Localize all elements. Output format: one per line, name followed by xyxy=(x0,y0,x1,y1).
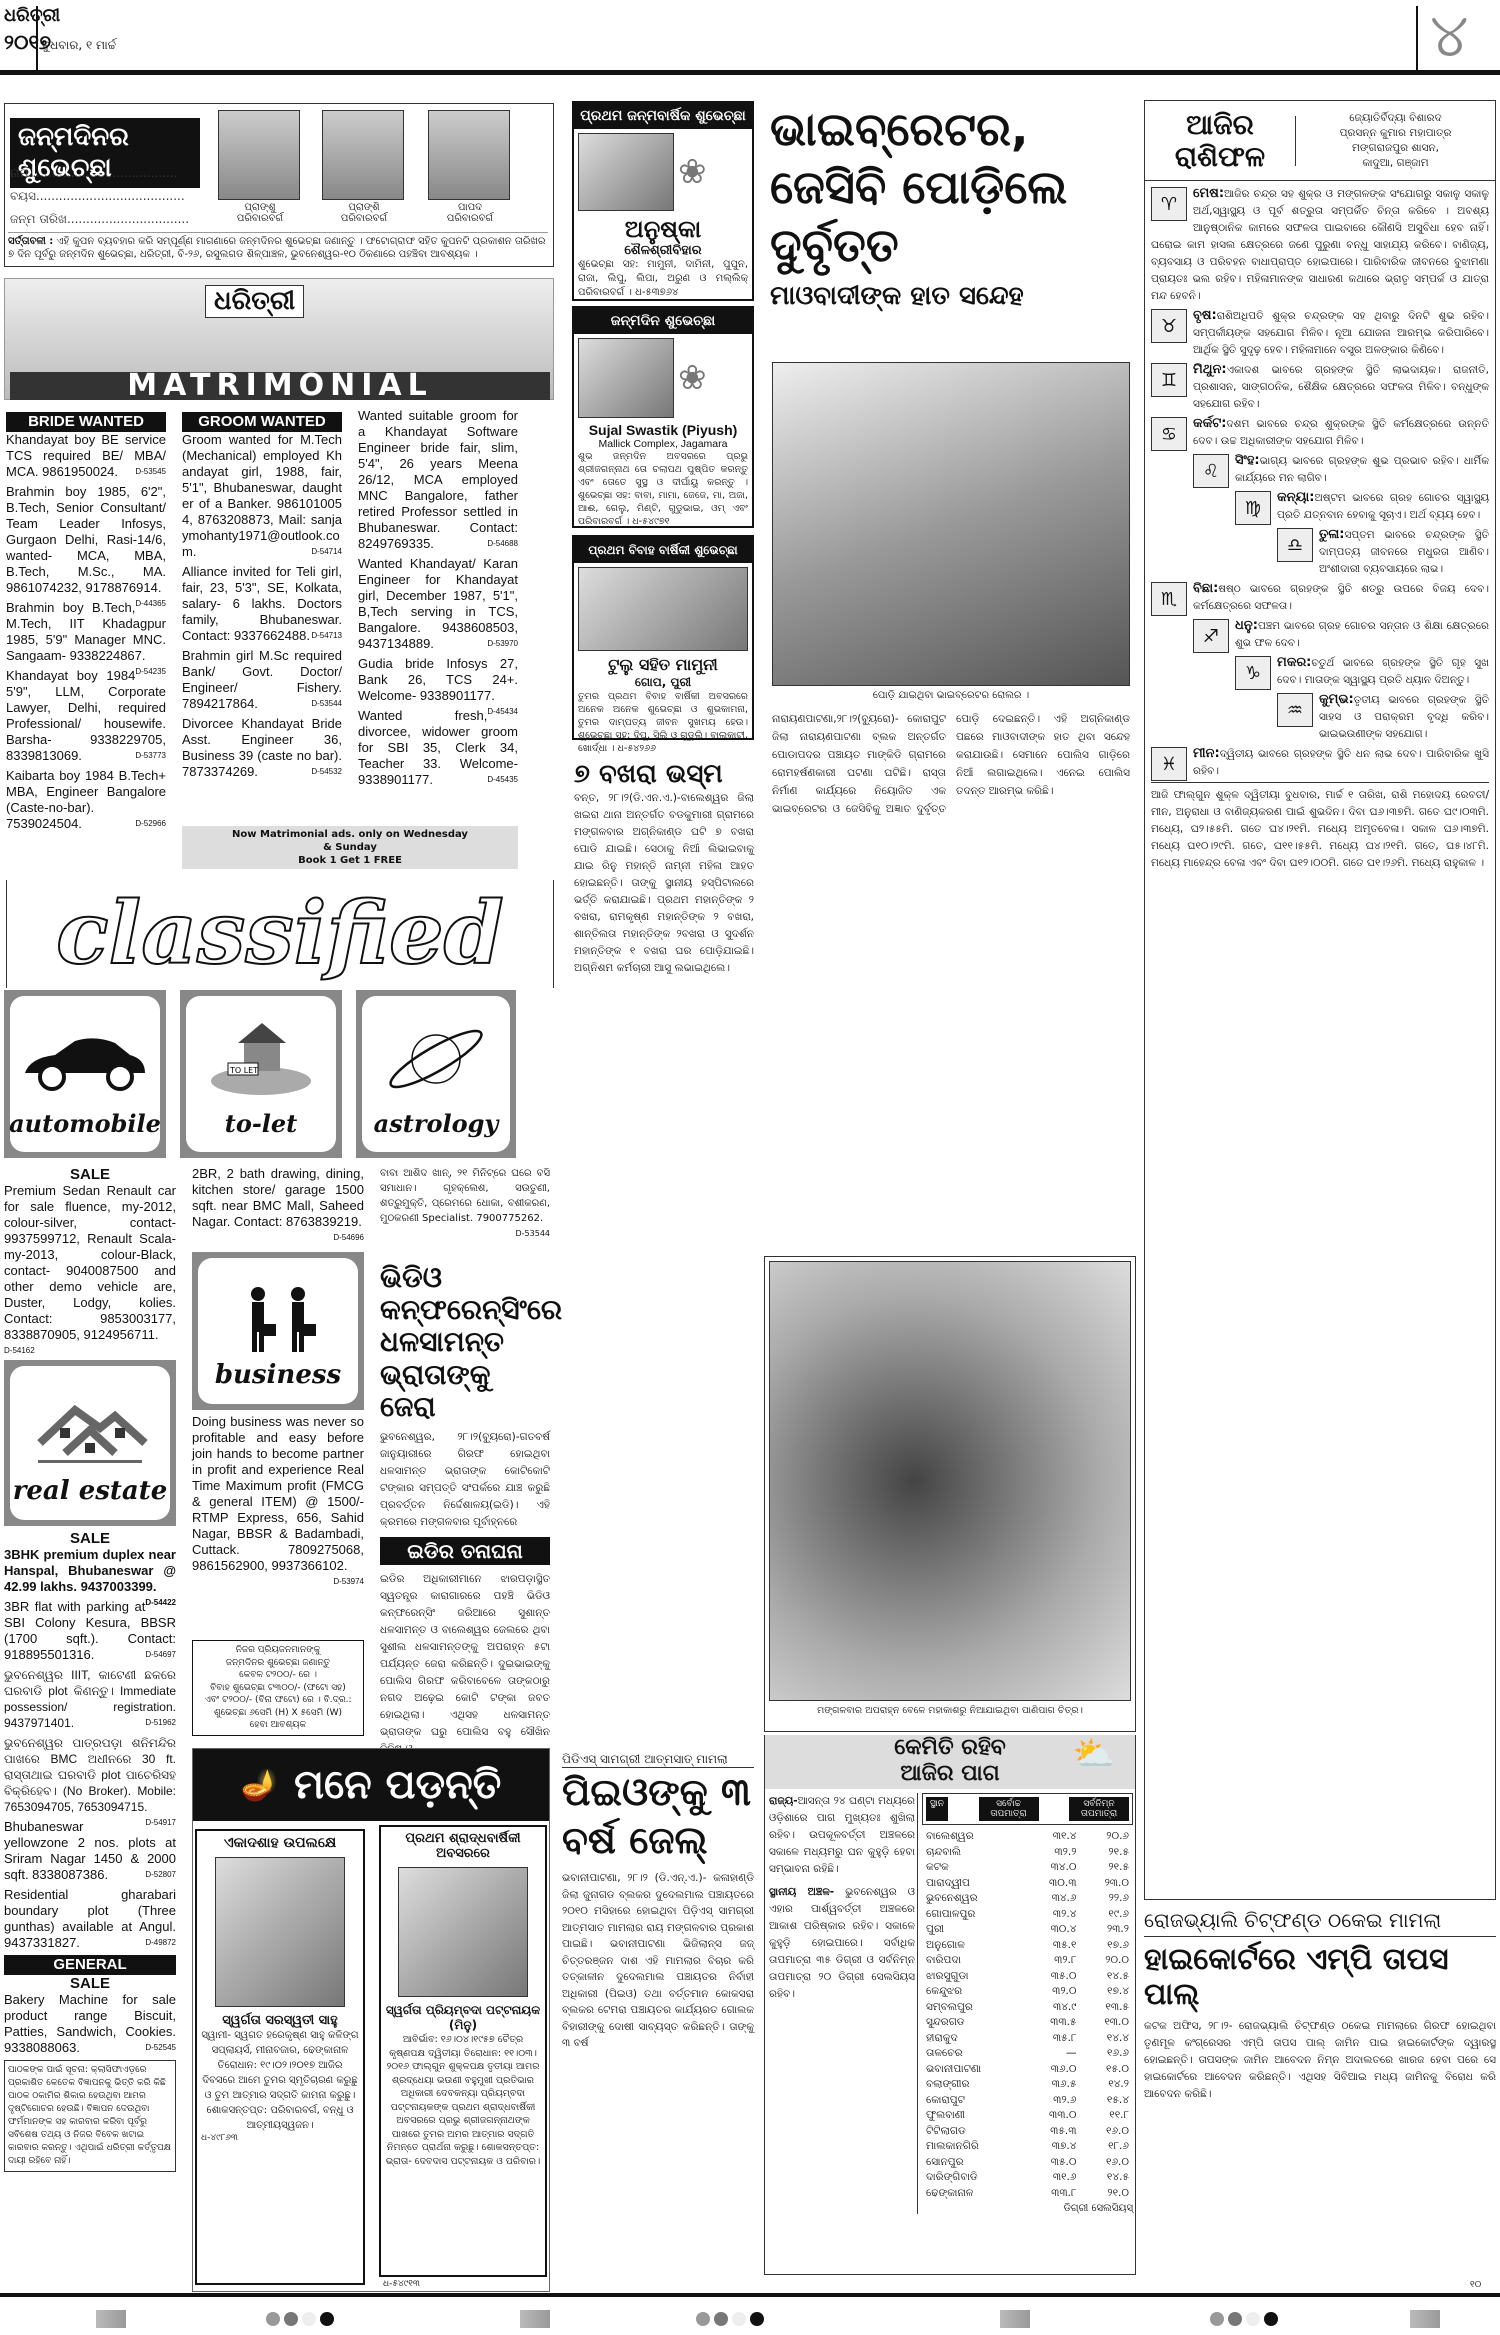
max-temp: ୩୩.୮ xyxy=(1024,2186,1081,2202)
rashi-text: ଦ୍ୱିତୀୟ ଭାବରେ ଗ୍ରହଙ୍କ ସ୍ଥିତି ଧନ ଲାଭ ଦେବ।… xyxy=(1193,748,1489,777)
weather-row: କେନ୍ଦୁଝର୩୨.୦୧୭.୪ xyxy=(922,1984,1133,2000)
local-text: ଭୁବନେଶ୍ୱର ଓ ଏହାର ପାର୍ଶ୍ୱବର୍ତ୍ତୀ ଅଞ୍ଚଳରେ … xyxy=(769,1886,915,2000)
kid-name: ପ୍ରାଙ୍ଶି xyxy=(314,202,414,213)
zodiac-icon: ♉ xyxy=(1151,309,1187,343)
video-story: ଭିଡିଓ କନ୍‌ଫରେନ୍ସିଂରେ ଧଳସାମନ୍ତ ଭ୍ରାତାଙ୍କୁ… xyxy=(380,1262,550,1758)
story-kicker: ପିଡିଏସ୍ ସାମଗ୍ରୀ ଆତ୍ମସାତ୍ ମାମଲା xyxy=(562,1752,754,1768)
ad-code: D-52807 xyxy=(145,1867,176,1883)
ad-code: D-54697 xyxy=(145,1647,176,1663)
lamp-icon: 🪔 xyxy=(241,1768,278,1803)
ad-code: D-54688 xyxy=(487,536,518,552)
flower-icon: ❀ xyxy=(678,133,707,211)
rashi-entry: ♈ମେଷ:ଆଜିର ଚନ୍ଦ୍ର ସହ ଶୁକ୍ର ଓ ମଙ୍ଗଳଙ୍କ ସଂଯ… xyxy=(1151,185,1489,305)
zodiac-icon: ♑ xyxy=(1235,656,1271,690)
wish-photo xyxy=(578,133,674,211)
page-number: ୪ xyxy=(1430,4,1468,68)
rashi-entry: ♋କର୍କଟ:ଦଶମ ଭାବରେ ଚନ୍ଦ୍ର ଶୁକ୍ରଙ୍କ ସ୍ଥିତି … xyxy=(1151,415,1489,450)
weather-table-box: ସ୍ଥାନ ସର୍ବୋଚ୍ଚ ତାପମାତ୍ରା ସର୍ବନିମ୍ନ ତାପମା… xyxy=(917,1793,1133,2214)
print-registration-dots xyxy=(696,2312,764,2326)
category-automobile[interactable]: automobile xyxy=(4,990,166,1158)
print-mark xyxy=(520,2310,550,2328)
divider xyxy=(36,6,38,70)
rashi-name: କନ୍ୟା: xyxy=(1277,490,1314,505)
print-mark xyxy=(1000,2310,1030,2328)
min-temp: ୧୪.୫ xyxy=(1080,1969,1133,1985)
max-temp: ୩୭.୪ xyxy=(1024,2139,1081,2155)
ad-text: Doing business was never so profitable a… xyxy=(192,1414,364,1573)
category-label: real estate xyxy=(13,1476,168,1506)
min-temp: ୨୦.୦ xyxy=(1080,1953,1133,1969)
kid-family: ପରିବାରବର୍ଗ xyxy=(420,213,520,224)
max-temp: ୩୦.୩ xyxy=(1024,1876,1081,1892)
ad: Khandayat boy 1984 5'9", LLM, Corporate … xyxy=(6,668,166,764)
wish-title: ଜନ୍ମଦିନ ଶୁଭେଚ୍ଛା xyxy=(574,308,752,334)
age-field: ବୟସ.....................................… xyxy=(10,189,200,204)
category-label: to-let xyxy=(225,1109,298,1138)
svg-text:TO LET: TO LET xyxy=(229,1066,258,1075)
city-name: ଗୋପାଳପୁର xyxy=(922,1907,1024,1923)
rashi-name: ମୀନ: xyxy=(1193,746,1220,761)
story-body: ଭୁବନେଶ୍ୱର, ୨୮।୨(ବ୍ୟୁରୋ)-ଗତବର୍ଷ ଜାନୁୟାରୀର… xyxy=(380,1429,550,1531)
min-temp: ୧୩.୦ xyxy=(1080,2015,1133,2031)
wish-name: ଅନୁଷ୍କା xyxy=(574,215,752,243)
min-temp: ୧୯.୬ xyxy=(1080,1907,1133,1923)
ad: ଭୁବନେଶ୍ୱର ପାତ୍ରପଡ଼ା ଶନିମନ୍ଦିର ପାଖରେ BMC … xyxy=(4,1735,176,1815)
ad-code: D-53974 xyxy=(333,1574,364,1590)
story-kicker: ରୋଜଭ୍ୟାଲି ଚିଟ୍‌ଫଣ୍ଡ ଠକେଇ ମାମଲା xyxy=(1144,1908,1496,1937)
zodiac-icon: ♎ xyxy=(1277,528,1313,562)
to-let-ad: 2BR, 2 bath drawing, dining, kitchen sto… xyxy=(192,1166,364,1246)
weather-row: ହୀରାକୁଦ୩୫.୮୧୪.୪ xyxy=(922,2031,1133,2047)
kid-family: ପରିବାରବର୍ଗ xyxy=(314,213,414,224)
city-name: ସୁନ୍ଦରଗଡ xyxy=(922,2015,1024,2031)
rashi-name: ମେଷ: xyxy=(1193,186,1224,201)
rashi-entry: ♑ମକର:ଚତୁର୍ଥ ଭାବରେ ଗ୍ରହଙ୍କ ସ୍ଥିତି ଗୃହ ସୁଖ… xyxy=(1151,654,1489,689)
min-temp: ୨୧.୫ xyxy=(1080,1860,1133,1876)
state-forecast: ରାଜ୍ୟ-ଆସନ୍ତା ୨୪ ଘଣ୍ଟା ମଧ୍ୟରେ ଓଡ଼ିଶାରେ ପା… xyxy=(769,1793,915,1878)
obituary-text: ସ୍ୱାମୀ- ସ୍ୱଗତ ହରେକୃଷ୍ଣ ସାହୁ କଳିଙ୍ଗ ସପ୍ଲା… xyxy=(201,2028,359,2133)
weather-row: ତାଳଚେର—୧୬.୬ xyxy=(922,2046,1133,2062)
rashi-text: ଦଶମ ଭାବରେ ଚନ୍ଦ୍ର ଶୁକ୍ରଙ୍କ ସ୍ଥିତି କର୍ମକ୍ଷ… xyxy=(1193,418,1489,447)
ad: 3BHK premium duplex near Hanspal, Bhuban… xyxy=(4,1547,176,1595)
wish-place: ଗୋପ, ପୁରୀ xyxy=(574,675,752,690)
astrology-ad: ବାବା ଆଶିଦ ଖାନ୍, ୨୧ ମିନିଟ୍‌ରେ ଘରେ ବସି ସମା… xyxy=(380,1166,550,1241)
rashi-name: ଧନୁ: xyxy=(1235,618,1258,633)
matrimonial-column-3: Wanted suitable groom for a Khandayat So… xyxy=(358,408,518,792)
zodiac-icon: ♏ xyxy=(1151,582,1187,616)
matrimonial-notice: Now Matrimonial ads. only on Wednesday &… xyxy=(182,826,518,869)
max-temp: ୩୫.୦ xyxy=(1024,1969,1081,1985)
ad: Wanted suitable groom for a Khandayat So… xyxy=(358,408,518,552)
rules-label: ସର୍ତ୍ତାବଳୀ : xyxy=(8,236,53,247)
min-temp: ୧୪.୫ xyxy=(1080,2170,1133,2186)
print-registration-dots xyxy=(266,2312,334,2326)
min-temp: ୧୬.୬ xyxy=(1080,2046,1133,2062)
rashi-list: ♈ମେଷ:ଆଜିର ଚନ୍ଦ୍ର ସହ ଶୁକ୍ର ଓ ମଙ୍ଗଳଙ୍କ ସଂଯ… xyxy=(1145,181,1495,878)
max-temp: ୩୨.୦ xyxy=(1024,1984,1081,2000)
rashi-text: ଷଷ୍ଠ ଭାବରେ ଗ୍ରହଙ୍କ ସ୍ଥିତି ଶତ୍ରୁ ଉପରେ ବିଜ… xyxy=(1193,583,1489,612)
logo-text: ଧରିତ୍ରୀ xyxy=(4,6,34,26)
rates-line: ଏବଂ ଟ୨୦୦/- (ବିନା ଫଟୋ) ରେ । ବି.ଦ୍ର.: xyxy=(196,1694,360,1707)
rashifal-header: ଆଜିର ରାଶିଫଳ ଜ୍ୟୋତିର୍ବିଦ୍ୟା ବିଶାରଦ ପ୍ରସନ୍… xyxy=(1145,101,1495,181)
rashi-name: କର୍କଟ: xyxy=(1193,416,1226,431)
ad: Doing business was never so profitable a… xyxy=(192,1414,364,1574)
obituary-name: ସ୍ୱର୍ଗତା ପ୍ରିୟମ୍ବଦା ପଟ୍ଟନାୟକ (ମିନୁ) xyxy=(385,2003,541,2033)
weather-title: କେମିତି ରହିବ ଆଜିର ପାଗ ⛅ xyxy=(765,1735,1135,1789)
pds-story: ପିଡିଏସ୍ ସାମଗ୍ରୀ ଆତ୍ମସାତ୍ ମାମଲା ପିଇଓଙ୍କୁ … xyxy=(562,1752,754,2052)
kid-name: ପାପଦ xyxy=(420,202,520,213)
category-to-let[interactable]: TO LET to-let xyxy=(180,990,342,1158)
obituary-title: ଏକାଦଶାହ ଉପଲକ୍ଷେ xyxy=(201,1835,359,1851)
ad-code: D-53970 xyxy=(487,636,518,652)
rates-line: ହେବା ଆବଶ୍ୟକ xyxy=(196,1719,360,1732)
city-name: ଚାନ୍ଦବାଲି xyxy=(922,1845,1024,1861)
wish-place: ଶୈଳଶ୍ରୀବିହାର xyxy=(574,243,752,258)
ad: Alliance invited for Teli girl, fair, 23… xyxy=(182,564,342,644)
zodiac-icon: ♓ xyxy=(1151,747,1187,781)
rashi-text: ପଞ୍ଚମ ଭାବରେ ଗ୍ରହ ଗୋଚର ସନ୍ତାନ ଓ ଶିକ୍ଷା କ୍… xyxy=(1235,620,1489,649)
weather-row: ସୁନ୍ଦରଗଡ୩୩.୫୧୩.୦ xyxy=(922,2015,1133,2031)
zodiac-icon: ♒ xyxy=(1277,693,1313,727)
city-name: ପାରାଦ୍ୱୀପ xyxy=(922,1876,1024,1892)
wish-photo xyxy=(578,338,674,418)
story-body: କଟକ ଅଫିସ, ୨୮।୨- ରୋଜଭ୍ୟାଲି ଚିଟ୍‌ଫଣ୍ଡ ଠକେଇ… xyxy=(1144,2018,1496,2103)
ad-text: Groom wanted for M.Tech (Mechanical) emp… xyxy=(182,432,342,559)
kid-family: ପରିବାରବର୍ଗ xyxy=(210,213,310,224)
min-temp: ୧୬.୦ xyxy=(1080,2124,1133,2140)
city-name: ସମ୍ବଲପୁର xyxy=(922,2000,1024,2016)
rates-line: କେବଳ ଟ୨୦୦/- ରେ । xyxy=(196,1669,360,1682)
category-card: real estate xyxy=(10,1366,170,1520)
ad-text: ଭୁବନେଶ୍ୱର ପାତ୍ରପଡ଼ା ଶନିମନ୍ଦିର ପାଖରେ BMC … xyxy=(4,1736,176,1814)
masthead-logo: ଧରିତ୍ରୀ ୨୦୧୭ xyxy=(4,6,34,70)
obituary-name: ସ୍ୱର୍ଗତା ସରସ୍ୱତୀ ସାହୁ xyxy=(201,2013,359,2028)
rashi-entry: ♒କୁମ୍ଭ:ତୃତୀୟ ଭାବରେ ଗ୍ରହଙ୍କ ସ୍ଥିତି ସାହସ ଓ… xyxy=(1151,691,1489,743)
min-temp: ୧୭.୬ xyxy=(1080,1938,1133,1954)
issue-date: ବୁଧବାର, ୧ ମାର୍ଚ୍ଚ xyxy=(42,38,116,53)
zodiac-icon: ♈ xyxy=(1151,187,1187,221)
category-card: automobile xyxy=(10,996,160,1152)
state-label: ରାଜ୍ୟ- xyxy=(769,1795,798,1807)
zodiac-icon: ♐ xyxy=(1193,619,1229,653)
city-name: ବାଲେଶ୍ୱର xyxy=(922,1829,1024,1845)
story-body: ଇଡିର ଅଧିକାରୀମାନେ ଝାରପଡ଼ାସ୍ଥିତ ସ୍ୱତନ୍ତ୍ର … xyxy=(380,1571,550,1758)
wish-title: ପ୍ରଥମ ଜନ୍ମବାର୍ଷିକ ଶୁଭେଚ୍ଛା xyxy=(574,103,752,129)
ad-text: Brahmin boy 1985, 6'2", B.Tech, Senior C… xyxy=(6,484,166,595)
max-temp: ୩୩.୦ xyxy=(1024,2108,1081,2124)
real-estate-ads: SALE 3BHK premium duplex near Hanspal, B… xyxy=(4,1530,176,2172)
story-headline: ଭିଡିଓ କନ୍‌ଫରେନ୍ସିଂରେ ଧଳସାମନ୍ତ ଭ୍ରାତାଙ୍କୁ… xyxy=(380,1262,550,1423)
rashi-text: ଭାଗ୍ୟ ଭାବରେ ଗ୍ରହଙ୍କ ଶୁଭ ପ୍ରଭାବ ରହିବ। ଧାର… xyxy=(1235,455,1489,484)
wish-anniversary: ପ୍ରଥମ ବିବାହ ବାର୍ଷିକୀ ଶୁଭେଚ୍ଛା ଟୁଲୁ ସହିତ … xyxy=(572,535,754,740)
footer-page-number: ୧୦ xyxy=(1470,2280,1481,2290)
print-mark xyxy=(96,2310,126,2328)
story-subheading: ଇଡିର ତନାଘନା xyxy=(380,1537,550,1565)
min-temp: ୧୮.୬ xyxy=(1080,2139,1133,2155)
rates-line: ନିଜର ପ୍ରିୟଜନମାନଙ୍କୁ xyxy=(196,1644,360,1657)
story-body: ନାରାୟଣପାଟଣା,୨୮।୨(ବ୍ୟୁରୋ)- କୋରାପୁଟ ଜିଲା ନ… xyxy=(772,710,1130,818)
ad-code: D-54714 xyxy=(311,544,342,560)
rashifal-title: ଆଜିର ରାଶିଫଳ xyxy=(1145,109,1295,173)
photo-caption: ମଙ୍ଗଳବାର ଅପରାହ୍ନ ବେଳେ ମହାକାଶରୁ ନିଆଯାଇଥିବ… xyxy=(765,1705,1135,1716)
author-line: ପ୍ରସନ୍ନ କୁମାର ମହାପାତ୍ର xyxy=(1296,126,1495,141)
ad-code: D-53544 xyxy=(311,696,342,712)
ad: Bakery Machine for sale product range Bi… xyxy=(4,1992,176,2056)
name-field: ନାମ.....................................… xyxy=(10,166,200,181)
rashifal-section: ଆଜିର ରାଶିଫଳ ଜ୍ୟୋତିର୍ବିଦ୍ୟା ବିଶାରଦ ପ୍ରସନ୍… xyxy=(1144,100,1496,1900)
max-temp: ୩୫.୮ xyxy=(1024,2031,1081,2047)
businessmen-icon xyxy=(228,1284,328,1354)
rashi-entry: ♊ମିଥୁନ:ଏକାଦଶ ଭାବରେ ଗ୍ରହଙ୍କ ସ୍ଥିତି ଲାଭଦାୟ… xyxy=(1151,361,1489,413)
category-label: automobile xyxy=(9,1109,161,1138)
ad: Residential gharabari boundary plot (Thr… xyxy=(4,1887,176,1951)
max-temp: ୩୫.୩ xyxy=(1024,2124,1081,2140)
author-line: ଜ୍ୟୋତିର୍ବିଦ୍ୟା ବିଶାରଦ xyxy=(1296,111,1495,126)
max-temp: ୩୨.୪ xyxy=(1024,1907,1081,1923)
ad-code: D-44365 xyxy=(135,596,166,612)
ad: Khandayat boy BE service TCS required BE… xyxy=(6,432,166,480)
rashi-name: ତୁଳା: xyxy=(1319,527,1345,542)
obituary-banner: 🪔 ମନେ ପଡ଼ନ୍ତି xyxy=(193,1749,549,1821)
category-astrology[interactable]: astrology xyxy=(356,990,516,1158)
max-temp: ୩୪.୬ xyxy=(1024,1891,1081,1907)
ad-code: D-53545 xyxy=(135,464,166,480)
weather-row: ଟିଟିଲାଗଡ୩୫.୩୧୬.୦ xyxy=(922,2124,1133,2140)
general-heading: GENERAL xyxy=(4,1955,176,1975)
rosevalley-story: ରୋଜଭ୍ୟାଲି ଚିଟ୍‌ଫଣ୍ଡ ଠକେଇ ମାମଲା ହାଇକୋର୍ଟର… xyxy=(1144,1908,1496,2103)
rates-line: ଶୁଭେଚ୍ଛା ୬ସେମି (H) X ୫ସେମି (W) xyxy=(196,1707,360,1720)
notice-line: Now Matrimonial ads. only on Wednesday xyxy=(184,828,516,841)
column-header: ସର୍ବୋଚ୍ଚ ତାପମାତ୍ରା xyxy=(979,1797,1039,1821)
category-label: astrology xyxy=(374,1109,499,1138)
city-name: ଭବାନୀପାଟଣା xyxy=(922,2062,1024,2078)
wish-photo xyxy=(578,567,748,651)
ad-code: D-53773 xyxy=(135,748,166,764)
sun-cloud-icon: ⛅ xyxy=(1073,1741,1115,1767)
house-to-let-icon: TO LET xyxy=(206,1019,316,1099)
lead-body: ନାରାୟଣପାଟଣା,୨୮।୨(ବ୍ୟୁରୋ)- କୋରାପୁଟ ଜିଲା ନ… xyxy=(772,710,1130,818)
city-name: ଭୁବନେଶ୍ୱର xyxy=(922,1891,1024,1907)
category-real-estate[interactable]: real estate xyxy=(4,1360,176,1526)
weather-row: ଗୋପାଳପୁର୩୨.୪୧୯.୬ xyxy=(922,1907,1133,1923)
weather-row: ଢେଙ୍କାନାଳ୩୩.୮୨୧.୦ xyxy=(922,2186,1133,2202)
ad: Divorcee Khandayat Bride Asst. Engineer … xyxy=(182,716,342,780)
rashi-text: ସପ୍ତମ ଭାବରେ ଚନ୍ଦ୍ରଙ୍କ ସ୍ଥିତି ଦାମ୍ପତ୍ୟ ଜୀ… xyxy=(1319,529,1489,575)
ad: Groom wanted for M.Tech (Mechanical) emp… xyxy=(182,432,342,560)
weather-section: କେମିତି ରହିବ ଆଜିର ପାଗ ⛅ ରାଜ୍ୟ-ଆସନ୍ତା ୨୪ ଘ… xyxy=(764,1735,1136,2275)
obituary-text: ଆବିର୍ଭାବ: ୧୬।୦୪।୧୯୫୭ ଚୈତ୍ର କୃଷ୍ଣପକ୍ଷ ଦ୍ୱ… xyxy=(385,2033,541,2168)
kid-photo xyxy=(428,110,510,200)
min-temp: ୧୫.୦ xyxy=(1080,2062,1133,2078)
city-name: ଢେଙ୍କାନାଳ xyxy=(922,2186,1024,2202)
weather-row: ଦାରିଙ୍ଗିବାଡି୩୧.୬୧୪.୫ xyxy=(922,2170,1133,2186)
groom-wanted-heading: GROOM WANTED xyxy=(182,412,342,432)
ad: Kaibarta boy 1984 B.Tech+ MBA, Engineer … xyxy=(6,768,166,832)
ad-text: ବାବା ଆଶିଦ ଖାନ୍, ୨୧ ମିନିଟ୍‌ରେ ଘରେ ବସି ସମା… xyxy=(380,1168,550,1224)
obituary-section: 🪔 ମନେ ପଡ଼ନ୍ତି ଏକାଦଶାହ ଉପଲକ୍ଷେ ସ୍ୱର୍ଗତା ସ… xyxy=(192,1748,550,2292)
ad-code: D-51962 xyxy=(145,1715,176,1731)
min-temp: ୨୩.୦ xyxy=(1080,1876,1133,1892)
rashi-text: ରାଶିଅଧିପତି ଶୁକ୍ର ଚନ୍ଦ୍ରଙ୍କ ସହ ଥିବାରୁ ଦିନ… xyxy=(1193,310,1489,356)
ad-code: D-54696 xyxy=(333,1230,364,1246)
min-temp: ୧୭.୪ xyxy=(1080,1984,1133,2000)
story-body: ବନ୍ତ, ୨୮।୨(ଡି.ଏନ.ଏ.)-ବାଲେଶ୍ୱର ଜିଲା ଖଇରା … xyxy=(574,790,754,977)
car-icon xyxy=(20,1033,150,1093)
rules-text: ଏହି କୁପନ ବ୍ୟବହାର କରି ସମ୍ପୂର୍ଣ୍ଣ ମାଗଣାରେ … xyxy=(8,236,545,260)
story-headline: ପିଇଓଙ୍କୁ ୩ ବର୍ଷ ଜେଲ୍ xyxy=(562,1768,754,1864)
zodiac-icon: ♍ xyxy=(1235,491,1271,525)
max-temp: ୩୩.୫ xyxy=(1024,2015,1081,2031)
ad-code: D-45435 xyxy=(487,772,518,788)
city-name: ତାଳଚେର xyxy=(922,2046,1024,2062)
weather-row: ଭୁବନେଶ୍ୱର୩୪.୬୨୨.୬ xyxy=(922,1891,1133,1907)
notice-line: Book 1 Get 1 FREE xyxy=(184,854,516,867)
business-ad: Doing business was never so profitable a… xyxy=(192,1414,364,1590)
ad: ଭୁବନେଶ୍ୱର IIIT, କାଟେଣୀ ଛକରେ ଘରବାଡି plot … xyxy=(4,1667,176,1731)
min-temp: ୨୧.୦ xyxy=(1080,2186,1133,2202)
panjika: ଆଜି ଫାଲ୍‌ଗୁନ ଶୁକ୍ଳ ଦ୍ୱିତୀୟା ବୁଧବାର, ମାର୍… xyxy=(1151,782,1489,872)
max-temp: ୩୬.୫ xyxy=(1024,2077,1081,2093)
ad: Brahmin boy 1985, 6'2", B.Tech, Senior C… xyxy=(6,484,166,596)
rashi-name: ମିଥୁନ: xyxy=(1193,362,1227,377)
divider xyxy=(1416,6,1418,70)
city-name: କୋରାପୁଟ xyxy=(922,2093,1024,2109)
min-temp: ୧୧.୮ xyxy=(1080,2108,1133,2124)
rashi-name: ମକର: xyxy=(1277,655,1311,670)
weather-row: ସମ୍ବଲପୁର୩୪.୯୧୩.୫ xyxy=(922,2000,1133,2016)
wish-text: ଶୁଭ ଜନ୍ମଦିନ ଅବସରରେ ପ୍ରଭୁ ଶ୍ରୀଜଗନ୍ନାଥ ତୋ … xyxy=(574,450,752,528)
author-line: ମଙ୍ଗରାଜପୁର ଶାସନ, xyxy=(1296,141,1495,156)
notice-line: & Sunday xyxy=(184,841,516,854)
sale-heading: SALE xyxy=(4,1975,176,1992)
category-business[interactable]: business xyxy=(192,1252,364,1410)
weather-row: ମାଲକାନଗିରି୩୭.୪୧୮.୬ xyxy=(922,2139,1133,2155)
city-name: ଟିଟିଲାଗଡ xyxy=(922,2124,1024,2140)
ad: ବାବା ଆଶିଦ ଖାନ୍, ୨୧ ମିନିଟ୍‌ରେ ଘରେ ବସି ସମା… xyxy=(380,1166,550,1226)
weather-row: ଝାରସୁଗୁଡା୩୫.୦୧୪.୫ xyxy=(922,1969,1133,1985)
city-name: କଟକ xyxy=(922,1860,1024,1876)
weather-row: ଚାନ୍ଦବାଲି୩୨.୨୨୧.୫ xyxy=(922,1845,1133,1861)
max-temp: — xyxy=(1024,2046,1081,2062)
obituary-right: ପ୍ରଥମ ଶ୍ରାଦ୍ଧବାର୍ଷିକୀ ଅବସରରେ ସ୍ୱର୍ଗତା ପ୍… xyxy=(379,1825,547,2277)
obituary-photo xyxy=(215,1857,345,2007)
wish-name: Sujal Swastik (Piyush) xyxy=(574,422,752,438)
min-temp: ୧୫.୪ xyxy=(1080,2093,1133,2109)
lead-story: ଭାଇବ୍ରେଟର, ଜେସିବି ପୋଡ଼ିଲେ ଦୁର୍ବୃତ୍ତ ମାଓବ… xyxy=(770,100,1132,312)
ad: Premium Sedan Renault car for sale fluen… xyxy=(4,1183,176,1359)
rashi-text: ଆଜିର ଚନ୍ଦ୍ର ସହ ଶୁକ୍ର ଓ ମଙ୍ଗଳଙ୍କ ସଂଯୋଗରୁ … xyxy=(1151,188,1489,302)
photo-caption: ପୋଡ଼ି ଯାଇଥିବା ଭାଇବ୍ରେଟର ରୋଲର । xyxy=(772,690,1130,701)
city-name: ପୁରୀ xyxy=(922,1922,1024,1938)
weather-row: ବାଲେଶ୍ୱର୩୧.୪୨୦.୬ xyxy=(922,1829,1133,1845)
wish-title: ପ୍ରଥମ ବିବାହ ବାର୍ଷିକୀ ଶୁଭେଚ୍ଛା xyxy=(574,537,752,563)
matrimonial-title: MATRIMONIAL xyxy=(10,372,550,400)
max-temp: ୩୫.୧ xyxy=(1024,1938,1081,1954)
ad-code: D-49872 xyxy=(145,1935,176,1951)
ad-text: 3BHK premium duplex near Hanspal, Bhuban… xyxy=(4,1547,176,1594)
obituary-banner-text: ମନେ ପଡ଼ନ୍ତି xyxy=(294,1762,501,1808)
city-name: ଝାରସୁଗୁଡା xyxy=(922,1969,1024,1985)
planet-icon xyxy=(381,1019,491,1099)
zodiac-icon: ♊ xyxy=(1151,363,1187,397)
ad-code: D-53544 xyxy=(516,1226,551,1241)
max-temp: ୩୬.୦ xyxy=(1024,2062,1081,2078)
banner-logo: ଧରିତ୍ରୀ xyxy=(205,285,304,318)
weather-row: କୋରାପୁଟ୩୨.୬୧୫.୪ xyxy=(922,2093,1133,2109)
ad: 2BR, 2 bath drawing, dining, kitchen sto… xyxy=(192,1166,364,1230)
min-temp: ୧୬.୦ xyxy=(1080,2155,1133,2171)
max-temp: ୩୨.୬ xyxy=(1024,2093,1081,2109)
kid-photo xyxy=(322,110,404,200)
print-registration-dots xyxy=(1210,2312,1278,2326)
min-temp: ୨୧.୫ xyxy=(1080,1845,1133,1861)
ad: Wanted Khandayat/ Karan Engineer for Kha… xyxy=(358,556,518,652)
obituary-code: ଧ-୫୪୯୧୩ xyxy=(383,2279,420,2289)
satellite-image xyxy=(769,1261,1131,1701)
ad-code: D-54532 xyxy=(311,764,342,780)
bride-wanted-column: BRIDE WANTED Khandayat boy BE service TC… xyxy=(6,412,166,836)
city-name: କେନ୍ଦୁଝର xyxy=(922,1984,1024,2000)
state-text: ଆସନ୍ତା ୨୪ ଘଣ୍ଟା ମଧ୍ୟରେ ଓଡ଼ିଶାରେ ପାଗ ମୁଖ୍… xyxy=(769,1795,915,1875)
story-headline: ୭ ବଖରା ଭସ୍ମ xyxy=(574,760,754,790)
rates-line: ବିବାହ ଶୁଭେଚ୍ଛା ଟ୩୦୦/- (ଫଟୋ ସହ) xyxy=(196,1682,360,1695)
weather-row: କଟକ୩୪.୦୨୧.୫ xyxy=(922,1860,1133,1876)
ad-code: D-54713 xyxy=(311,628,342,644)
rashi-entry: ♌ସିଂହ:ଭାଗ୍ୟ ଭାବରେ ଗ୍ରହଙ୍କ ଶୁଭ ପ୍ରଭାବ ରହି… xyxy=(1151,452,1489,487)
max-temp: ୩୪.୯ xyxy=(1024,2000,1081,2016)
weather-text: ରାଜ୍ୟ-ଆସନ୍ତା ୨୪ ଘଣ୍ଟା ମଧ୍ୟରେ ଓଡ଼ିଶାରେ ପା… xyxy=(769,1793,915,2003)
ad: Brahmin girl M.Sc required Bank/ Govt. D… xyxy=(182,648,342,712)
max-temp: ୩୨.୮ xyxy=(1024,1953,1081,1969)
kid-name: ପ୍ରାଙ୍ଶୁ xyxy=(210,202,310,213)
lead-subhead: ମାଓବାଦୀଙ୍କ ହାତ ସନ୍ଦେହ xyxy=(770,282,1132,312)
city-name: ବଲାଙ୍ଗୀର xyxy=(922,2077,1024,2093)
weather-row: ଅନୁଗୋଳ୩୫.୧୧୭.୬ xyxy=(922,1938,1133,1954)
weather-row: ବାରିପଦା୩୨.୮୨୦.୦ xyxy=(922,1953,1133,1969)
kid-caption: ପ୍ରାଙ୍ଶିପରିବାରବର୍ଗ xyxy=(314,202,414,224)
rashi-name: ବିଛା: xyxy=(1193,581,1218,596)
title-line: ରାଶିଫଳ xyxy=(1145,141,1295,173)
sale-heading: SALE xyxy=(4,1530,176,1547)
author-line: କାଦୁଆ, ଗଞ୍ଜାମ xyxy=(1296,156,1495,171)
header-rule xyxy=(0,70,1500,75)
min-temp: ୧୪.୨ xyxy=(1080,2077,1133,2093)
automobile-ads: SALE Premium Sedan Renault car for sale … xyxy=(4,1166,176,1363)
city-name: ହୀରାକୁଦ xyxy=(922,2031,1024,2047)
obituary-left: ଏକାଦଶାହ ଉପଲକ୍ଷେ ସ୍ୱର୍ଗତା ସରସ୍ୱତୀ ସାହୁ ସ୍… xyxy=(195,1829,365,2285)
rashi-entry: ♎ତୁଳା:ସପ୍ତମ ଭାବରେ ଚନ୍ଦ୍ରଙ୍କ ସ୍ଥିତି ଦାମ୍ପ… xyxy=(1151,526,1489,578)
max-temp: ୩୪.୦ xyxy=(1024,1860,1081,1876)
obituary-title: ପ୍ରଥମ ଶ୍ରାଦ୍ଧବାର୍ଷିକୀ ଅବସରରେ xyxy=(385,1831,541,1861)
rashi-entry: ♍କନ୍ୟା:ଅଷ୍ଟମ ଭାବରେ ଗ୍ରହ ଗୋଚର ସ୍ୱାସ୍ଥ୍ୟ ପ… xyxy=(1151,489,1489,524)
flower-icon: ❀ xyxy=(678,338,707,418)
wish-name: ଟୁଲୁ ସହିତ ମାମୁନୀ xyxy=(574,655,752,675)
bride-wanted-heading: BRIDE WANTED xyxy=(6,412,166,432)
weather-row: ସୋନପୁର୩୫.୦୧୬.୦ xyxy=(922,2155,1133,2171)
rashi-name: ବୃଷ: xyxy=(1193,308,1217,323)
houses-icon xyxy=(30,1398,150,1468)
rates-line: ଜନ୍ମଦିନର ଶୁଭେଚ୍ଛା ଜଣାନ୍ତୁ xyxy=(196,1657,360,1670)
rashi-entry: ♐ଧନୁ:ପଞ୍ଚମ ଭାବରେ ଗ୍ରହ ଗୋଚର ସନ୍ତାନ ଓ ଶିକ୍… xyxy=(1151,617,1489,652)
category-card: TO LET to-let xyxy=(186,996,336,1152)
wish-birthday: ଜନ୍ମଦିନ ଶୁଭେଚ୍ଛା ❀ Sujal Swastik (Piyush… xyxy=(572,306,754,528)
lead-photo xyxy=(772,362,1130,686)
zodiac-icon: ♋ xyxy=(1151,417,1187,451)
kid-photo xyxy=(218,110,300,200)
footer-rule xyxy=(0,2293,1500,2297)
weather-row: ପାରାଦ୍ୱୀପ୩୦.୩୨୩.୦ xyxy=(922,1876,1133,1892)
weather-row: ଫୁଲବାଣୀ୩୩.୦୧୧.୮ xyxy=(922,2108,1133,2124)
